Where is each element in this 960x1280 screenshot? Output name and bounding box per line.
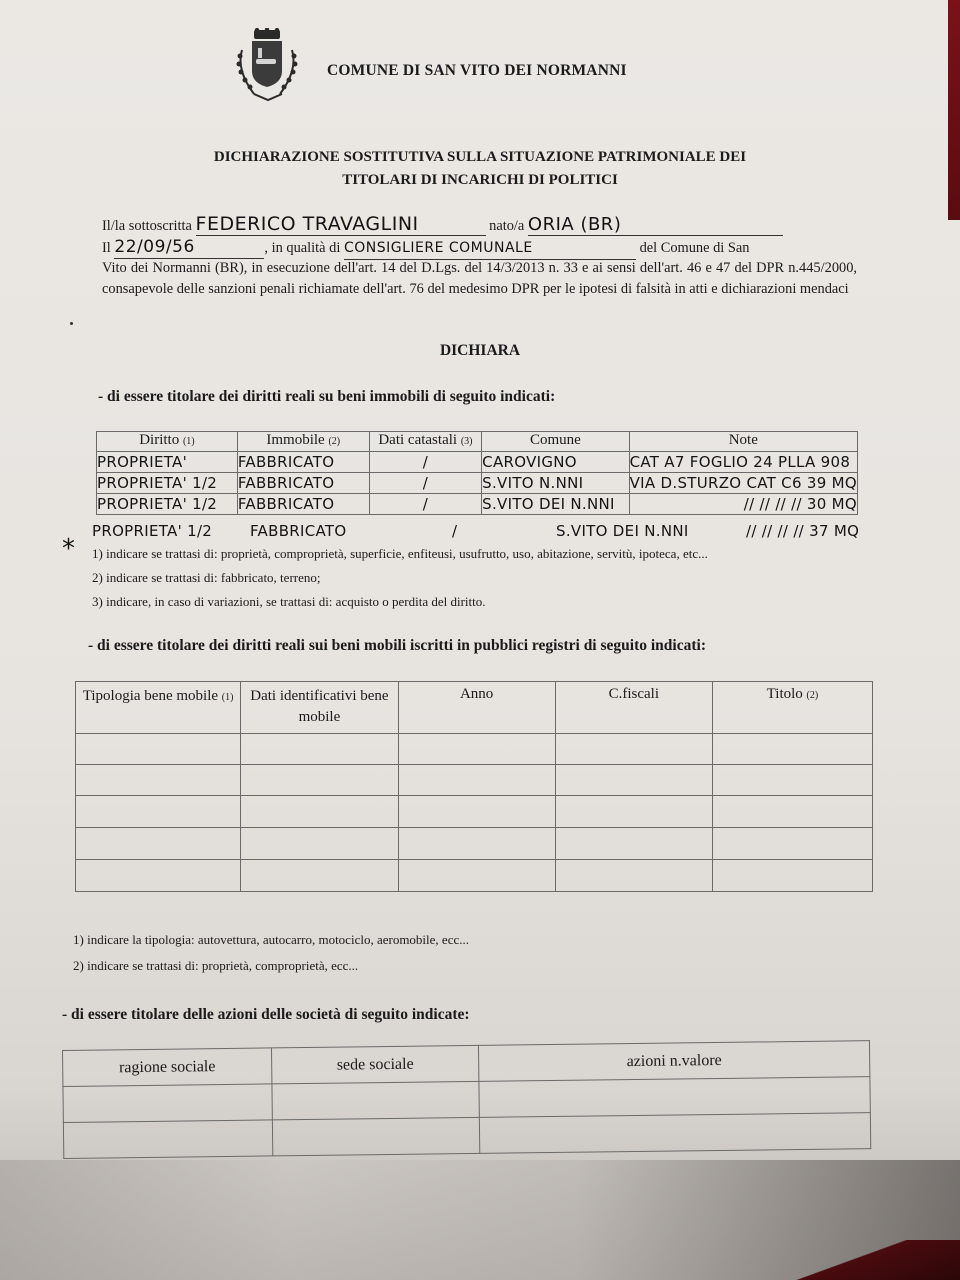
mobili-footnote-1: 1) indicare la tipologia: autovettura, a… bbox=[73, 929, 469, 951]
cell[interactable] bbox=[555, 860, 712, 892]
role-field[interactable]: CONSIGLIERE COMUNALE bbox=[344, 238, 636, 260]
cell-note[interactable]: CAT A7 FOGLIO 24 PLLA 908 bbox=[629, 452, 857, 473]
cell-diritto[interactable]: PROPRIETA' bbox=[97, 452, 238, 473]
municipality-name: COMUNE DI SAN VITO DEI NORMANNI bbox=[327, 62, 627, 80]
cell[interactable] bbox=[241, 796, 398, 828]
cell-immobile[interactable]: FABBRICATO bbox=[237, 473, 369, 494]
mobili-footnote-2: 2) indicare se trattasi di: proprietà, c… bbox=[73, 955, 358, 977]
background-edge bbox=[770, 1240, 960, 1280]
col-note: Note bbox=[629, 432, 857, 452]
declarant-name-field[interactable]: FEDERICO TRAVAGLINI bbox=[196, 214, 486, 236]
cell-note[interactable]: // // // // 30 MQ bbox=[629, 494, 857, 515]
cell[interactable] bbox=[241, 860, 398, 892]
name-label: Il/la sottoscritta bbox=[102, 218, 192, 234]
immobili-footnote-3: 3) indicare, in caso di variazioni, se t… bbox=[92, 591, 486, 613]
cell[interactable] bbox=[76, 860, 241, 892]
declarant-name-line: Il/la sottoscritta FEDERICO TRAVAGLINI n… bbox=[102, 214, 857, 237]
table-row bbox=[76, 796, 873, 828]
azioni-table: ragione sociale sede sociale azioni n.va… bbox=[62, 1040, 871, 1159]
cell[interactable] bbox=[555, 828, 712, 860]
speck bbox=[70, 322, 73, 325]
cell-immobile[interactable]: FABBRICATO bbox=[237, 494, 369, 515]
col-cfiscali: C.fiscali bbox=[555, 682, 712, 734]
cell-immobile[interactable]: FABBRICATO bbox=[237, 452, 369, 473]
role-suffix: del Comune di San bbox=[640, 240, 750, 256]
cell[interactable] bbox=[555, 796, 712, 828]
cell[interactable] bbox=[555, 734, 712, 765]
table-header-row: Tipologia bene mobile (1) Dati identific… bbox=[76, 682, 873, 734]
cell[interactable] bbox=[63, 1084, 272, 1123]
table-row: PROPRIETA' 1/2 FABBRICATO / S.VITO DEI N… bbox=[97, 494, 858, 515]
azioni-heading: - di essere titolare delle azioni delle … bbox=[62, 1006, 470, 1024]
cell[interactable] bbox=[398, 828, 555, 860]
cell-diritto[interactable]: PROPRIETA' 1/2 bbox=[97, 473, 238, 494]
document-title-line1: DICHIARAZIONE SOSTITUTIVA SULLA SITUAZIO… bbox=[100, 146, 860, 169]
immobili-footnote-1: 1) indicare se trattasi di: proprietà, c… bbox=[92, 543, 708, 565]
asterisk-mark: * bbox=[62, 536, 76, 562]
cell[interactable] bbox=[398, 796, 555, 828]
birthdate-label: Il bbox=[102, 240, 111, 256]
cell-dati-catastali[interactable]: / bbox=[369, 494, 482, 515]
cell-dati-catastali[interactable]: / bbox=[369, 452, 482, 473]
cell[interactable] bbox=[76, 734, 241, 765]
cell[interactable] bbox=[712, 828, 872, 860]
cell[interactable] bbox=[76, 828, 241, 860]
col-diritto: Diritto (1) bbox=[97, 432, 238, 452]
immobili-heading: - di essere titolare dei diritti reali s… bbox=[98, 388, 555, 406]
col-dati-identificativi: Dati identificativi bene mobile bbox=[241, 682, 398, 734]
extra-row-comune[interactable]: S.VITO DEI N.NNI bbox=[556, 521, 689, 541]
cell[interactable] bbox=[712, 765, 872, 796]
cell[interactable] bbox=[272, 1117, 479, 1156]
role-label: , in qualità di bbox=[264, 240, 340, 256]
cell[interactable] bbox=[63, 1120, 272, 1159]
immobili-footnote-2: 2) indicare se trattasi di: fabbricato, … bbox=[92, 567, 320, 589]
birthplace-label: nato/a bbox=[489, 218, 524, 234]
cell[interactable] bbox=[712, 734, 872, 765]
table-row bbox=[76, 828, 873, 860]
cell[interactable] bbox=[398, 765, 555, 796]
col-immobile: Immobile (2) bbox=[237, 432, 369, 452]
coat-of-arms-icon bbox=[218, 28, 318, 103]
cell[interactable] bbox=[398, 734, 555, 765]
col-tipologia: Tipologia bene mobile (1) bbox=[76, 682, 241, 734]
table-row bbox=[76, 765, 873, 796]
document-title-line2: TITOLARI DI INCARICHI DI POLITICI bbox=[100, 169, 860, 192]
mobili-table: Tipologia bene mobile (1) Dati identific… bbox=[75, 681, 873, 892]
col-dati-catastali: Dati catastali (3) bbox=[369, 432, 482, 452]
col-ragione-sociale: ragione sociale bbox=[63, 1048, 272, 1087]
cell[interactable] bbox=[555, 765, 712, 796]
cell[interactable] bbox=[712, 860, 872, 892]
extra-row-dati-catastali[interactable]: / bbox=[452, 521, 457, 541]
cell[interactable] bbox=[241, 734, 398, 765]
table-header-row: Diritto (1) Immobile (2) Dati catastali … bbox=[97, 432, 858, 452]
col-titolo: Titolo (2) bbox=[712, 682, 872, 734]
table-row bbox=[76, 734, 873, 765]
mobili-heading: - di essere titolare dei diritti reali s… bbox=[88, 637, 706, 655]
extra-row-diritto[interactable]: PROPRIETA' 1/2 bbox=[92, 521, 212, 541]
extra-row-immobile[interactable]: FABBRICATO bbox=[250, 521, 346, 541]
cell[interactable] bbox=[479, 1113, 870, 1154]
cell[interactable] bbox=[241, 765, 398, 796]
table-row: PROPRIETA' FABBRICATO / CAROVIGNO CAT A7… bbox=[97, 452, 858, 473]
table-row: PROPRIETA' 1/2 FABBRICATO / S.VITO N.NNI… bbox=[97, 473, 858, 494]
col-anno: Anno bbox=[398, 682, 555, 734]
cell[interactable] bbox=[76, 796, 241, 828]
cell-dati-catastali[interactable]: / bbox=[369, 473, 482, 494]
cell-note[interactable]: VIA D.STURZO CAT C6 39 MQ bbox=[629, 473, 857, 494]
cell[interactable] bbox=[712, 796, 872, 828]
immobili-table: Diritto (1) Immobile (2) Dati catastali … bbox=[96, 431, 858, 515]
cell[interactable] bbox=[76, 765, 241, 796]
cell[interactable] bbox=[272, 1081, 479, 1120]
cell[interactable] bbox=[479, 1077, 870, 1118]
background-edge bbox=[948, 0, 960, 220]
declarant-role-line: Il 22/09/56, in qualità di CONSIGLIERE C… bbox=[102, 237, 857, 260]
table-row bbox=[76, 860, 873, 892]
col-sede-sociale: sede sociale bbox=[271, 1045, 478, 1084]
birthplace-field[interactable]: ORIA (BR) bbox=[528, 214, 783, 236]
col-comune: Comune bbox=[482, 432, 629, 452]
cell-comune[interactable]: S.VITO N.NNI bbox=[482, 473, 629, 494]
birthdate-field[interactable]: 22/09/56 bbox=[114, 237, 264, 259]
cell-comune[interactable]: CAROVIGNO bbox=[482, 452, 629, 473]
cell[interactable] bbox=[398, 860, 555, 892]
cell[interactable] bbox=[241, 828, 398, 860]
cell-comune[interactable]: S.VITO DEI N.NNI bbox=[482, 494, 629, 515]
declaration-paragraph: Vito dei Normanni (BR), in esecuzione de… bbox=[102, 258, 857, 300]
cell-diritto[interactable]: PROPRIETA' 1/2 bbox=[97, 494, 238, 515]
dichiara-heading: DICHIARA bbox=[0, 342, 960, 360]
col-azioni-valore: azioni n.valore bbox=[478, 1041, 869, 1082]
extra-row-note[interactable]: // // // // 37 MQ bbox=[746, 521, 859, 541]
